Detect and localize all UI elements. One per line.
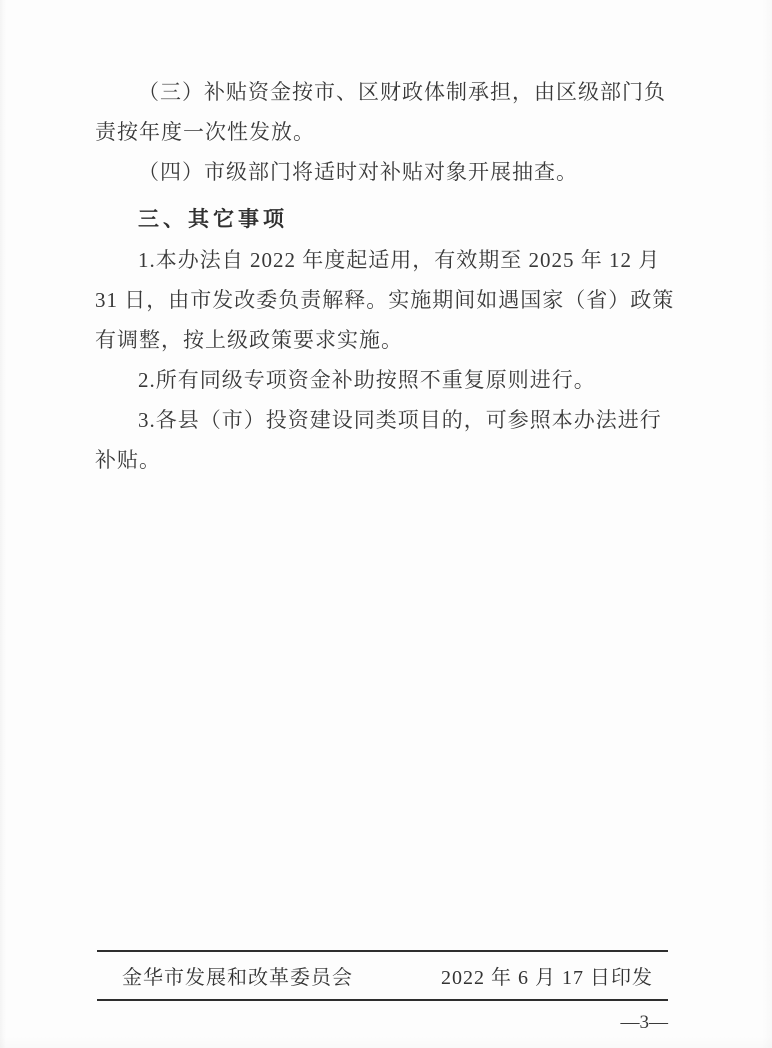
body-line: （四）市级部门将适时对补贴对象开展抽查。	[95, 152, 677, 192]
body-line: 1.本办法自 2022 年度起适用，有效期至 2025 年 12 月	[95, 240, 677, 280]
document-footer: 金华市发展和改革委员会 2022 年 6 月 17 日印发	[97, 950, 668, 1001]
footer-print-date: 2022 年 6 月 17 日印发	[441, 961, 653, 990]
section-heading: 三、其它事项	[95, 200, 677, 240]
body-line: 31 日，由市发改委负责解释。实施期间如遇国家（省）政策	[95, 280, 677, 320]
body-line: 补贴。	[95, 440, 677, 480]
document-body: （三）补贴资金按市、区财政体制承担，由区级部门负 责按年度一次性发放。 （四）市…	[95, 72, 677, 480]
body-line: 责按年度一次性发放。	[95, 112, 677, 152]
body-line: 3.各县（市）投资建设同类项目的，可参照本办法进行	[95, 400, 677, 440]
footer-divider-bottom	[97, 999, 668, 1001]
footer-issuer: 金华市发展和改革委员会	[122, 961, 353, 990]
footer-row: 金华市发展和改革委员会 2022 年 6 月 17 日印发	[97, 952, 668, 999]
body-line: 2.所有同级专项资金补助按照不重复原则进行。	[95, 360, 677, 400]
page-number: —3—	[621, 1012, 669, 1034]
body-line: （三）补贴资金按市、区财政体制承担，由区级部门负	[95, 72, 677, 112]
document-page: （三）补贴资金按市、区财政体制承担，由区级部门负 责按年度一次性发放。 （四）市…	[0, 0, 772, 1048]
body-line: 有调整，按上级政策要求实施。	[95, 320, 677, 360]
